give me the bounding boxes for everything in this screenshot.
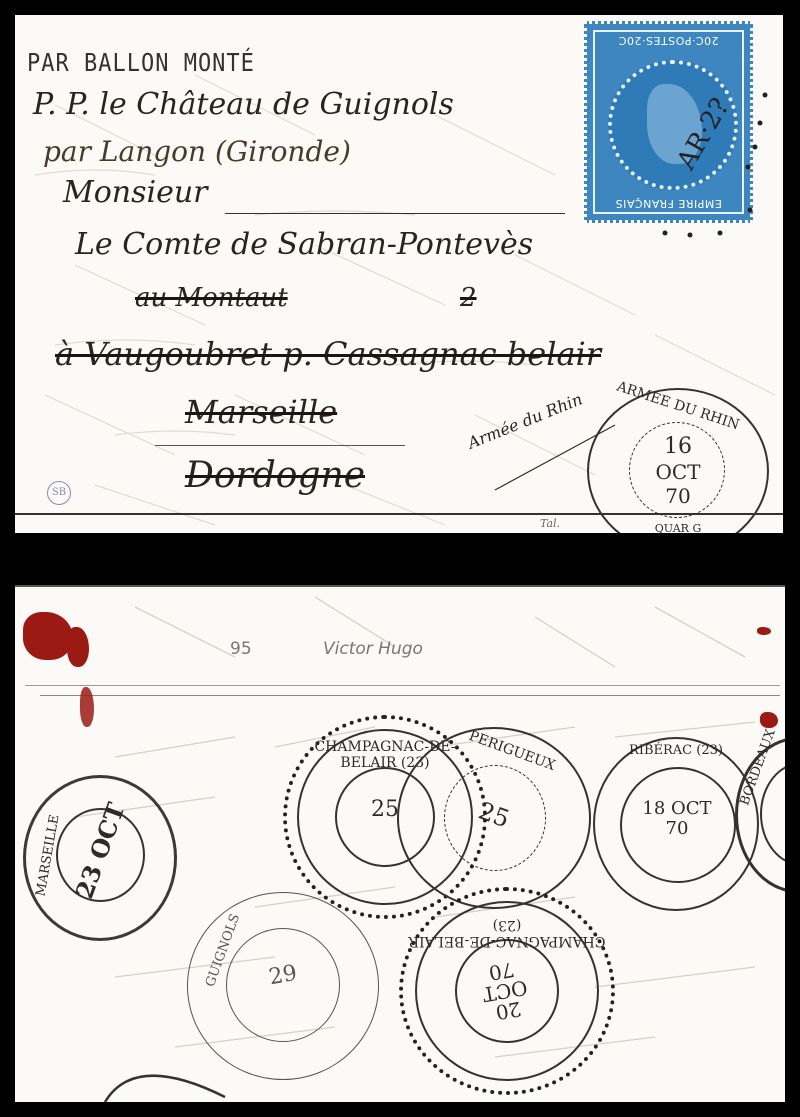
struck-line-4: Marseille <box>185 393 337 431</box>
cover-front: PAR BALLON MONTÉ P. P. le Château de Gui… <box>15 15 783 533</box>
struck-line-5: Dordogne <box>185 455 365 496</box>
postmark-inner-ring <box>760 762 785 866</box>
flap-edge-upper <box>25 685 780 686</box>
pencil-note-name: Victor Hugo <box>323 639 423 659</box>
wax-seal-left <box>23 612 73 660</box>
struck-line-2: 2 <box>460 283 477 313</box>
postmark-perigueux: PERIGUEUX 25 <box>397 727 591 909</box>
docket-note: Tal. <box>540 517 560 530</box>
postmark-guignols: GUIGNOLS 29 <box>187 892 379 1080</box>
postmark-month: OCT <box>589 460 767 484</box>
wax-seal-left-fragment <box>67 627 89 667</box>
wax-seal-left-drip <box>80 687 94 727</box>
partial-postmark-bottom-left <box>95 1057 235 1102</box>
dotted-cancel-lozenge <box>570 15 780 245</box>
postmark-day: 16 <box>589 434 767 459</box>
struck-line-3: à Vaugoubret p. Cassagnac belair <box>55 335 601 373</box>
small-violet-mark: SB <box>47 481 71 505</box>
struck-line-1: au Montaut <box>135 283 288 313</box>
postmark-bottom: QUAR G <box>589 522 767 533</box>
divider <box>155 445 405 446</box>
postmark-champagnac-2: CHAMPAGNAC-DE-BELAIR (23) 20 OCT 70 <box>399 887 615 1095</box>
postmark-legend: RIBÉRAC (23) <box>595 743 757 758</box>
postmark-marseille: 23 OCT MARSEILLE <box>23 775 177 941</box>
postmark-date: 18 OCT 70 <box>637 799 717 839</box>
par-ballon-monte-handstamp: PAR BALLON MONTÉ <box>27 49 255 78</box>
address-line-3: Monsieur <box>63 175 208 210</box>
underline <box>225 213 565 214</box>
address-line-1: P. P. le Château de Guignols <box>33 87 454 122</box>
postmark-date: 20 OCT 70 <box>470 956 540 1026</box>
cover-back: 95 Victor Hugo 23 OCT MARSEILLE CHAMPAGN… <box>15 585 785 1102</box>
postmark-year: 70 <box>589 484 767 508</box>
flap-edge-lower <box>40 695 780 696</box>
pencil-note-number: 95 <box>230 639 252 659</box>
address-line-4: Le Comte de Sabran-Pontevès <box>75 227 533 262</box>
postmark-legend: CHAMPAGNAC-DE-BELAIR (23) <box>403 917 611 949</box>
address-line-2: par Langon (Gironde) <box>43 135 351 168</box>
postmark-riberac: RIBÉRAC (23) 18 OCT 70 <box>593 737 759 911</box>
wax-seal-right-spot <box>757 627 771 635</box>
